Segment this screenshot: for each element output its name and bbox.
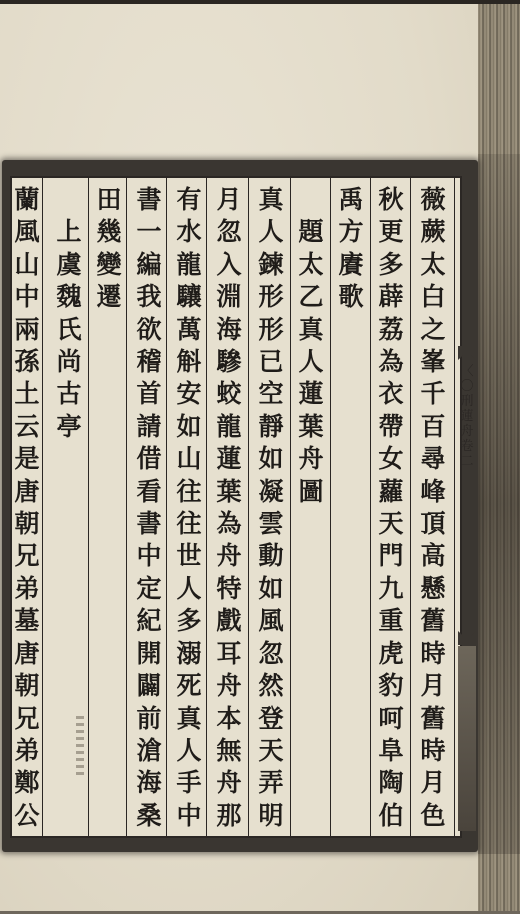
glyph: 孫 <box>14 346 39 378</box>
column-rule <box>370 178 371 836</box>
glyph: 中 <box>136 540 161 572</box>
glyph: 編 <box>136 249 161 281</box>
glyph: 衣 <box>378 378 403 410</box>
glyph: 書 <box>136 508 161 540</box>
glyph: 百 <box>420 411 445 443</box>
glyph: 白 <box>420 281 445 313</box>
glyph: 風 <box>14 216 39 248</box>
glyph: 鄭 <box>14 767 39 799</box>
glyph: 舟 <box>298 443 323 475</box>
glyph: 唐 <box>14 638 39 670</box>
margin-glyph: 二 <box>460 454 473 469</box>
glyph: 圖 <box>298 476 323 508</box>
glyph: 魏 <box>56 281 81 313</box>
column-rule <box>126 178 127 836</box>
glyph: 忽 <box>258 638 283 670</box>
glyph: 時 <box>420 735 445 767</box>
column-rule <box>88 178 89 836</box>
glyph: 紀 <box>136 605 161 637</box>
glyph: 一 <box>136 216 161 248</box>
fish-tail-top-icon <box>458 346 476 360</box>
column-rule <box>330 178 331 836</box>
glyph: 我 <box>136 281 161 313</box>
margin-dark-band <box>458 646 476 831</box>
glyph: 門 <box>378 540 403 572</box>
glyph: 海 <box>136 767 161 799</box>
text-column-3: 禹方賡歌 <box>336 184 366 314</box>
glyph: 溺 <box>176 638 201 670</box>
stacked-page-edges <box>478 4 520 911</box>
column-rule <box>42 178 43 836</box>
glyph: 天 <box>258 735 283 767</box>
text-column-6: 月忽入淵海驂蛟龍蓮葉為舟特戲耳舟本無舟那 <box>214 184 244 832</box>
column-rule <box>410 178 411 836</box>
glyph: 墓 <box>14 605 39 637</box>
text-column-7: 有水龍驤萬斛安如山往往世人多溺死真人手中 <box>174 184 204 832</box>
glyph: 蛟 <box>216 378 241 410</box>
glyph: 真 <box>176 703 201 735</box>
glyph: 山 <box>176 443 201 475</box>
glyph: 戲 <box>216 605 241 637</box>
glyph: 千 <box>420 378 445 410</box>
text-column-9: 田幾變遷 <box>94 184 124 314</box>
glyph: 蘭 <box>14 184 39 216</box>
glyph: 弟 <box>14 573 39 605</box>
glyph: 舟 <box>216 540 241 572</box>
glyph: 弟 <box>14 735 39 767</box>
margin-glyph: 〈 <box>460 364 473 379</box>
glyph: 舟 <box>216 670 241 702</box>
column-rule <box>166 178 167 836</box>
glyph: 呵 <box>378 703 403 735</box>
glyph: 闢 <box>136 670 161 702</box>
glyph: 尋 <box>420 443 445 475</box>
glyph: 本 <box>216 703 241 735</box>
glyph: 驤 <box>176 281 201 313</box>
glyph: 中 <box>176 800 201 832</box>
glyph: 女 <box>378 443 403 475</box>
glyph: 賡 <box>338 249 363 281</box>
glyph: 幾 <box>96 216 121 248</box>
glyph: 凝 <box>258 476 283 508</box>
margin-glyph: 〇 <box>460 379 473 394</box>
glyph: 重 <box>378 605 403 637</box>
glyph: 已 <box>258 346 283 378</box>
glyph: 開 <box>136 638 161 670</box>
glyph: 請 <box>136 411 161 443</box>
glyph: 歌 <box>338 281 363 313</box>
glyph: 桑 <box>136 800 161 832</box>
glyph: 蓮 <box>298 378 323 410</box>
glyph: 荔 <box>378 314 403 346</box>
glyph: 云 <box>14 411 39 443</box>
glyph: 帶 <box>378 411 403 443</box>
glyph: 蘿 <box>378 476 403 508</box>
glyph: 頂 <box>420 508 445 540</box>
glyph: 色 <box>420 800 445 832</box>
glyph: 世 <box>176 540 201 572</box>
glyph: 尚 <box>56 346 81 378</box>
glyph: 海 <box>216 314 241 346</box>
glyph: 禹 <box>338 184 363 216</box>
column-rule <box>248 178 249 836</box>
glyph: 高 <box>420 540 445 572</box>
glyph: 驂 <box>216 346 241 378</box>
glyph: 斛 <box>176 346 201 378</box>
glyph: 九 <box>378 573 403 605</box>
margin-glyph: 舟 <box>460 424 473 439</box>
fish-tail-bottom-icon <box>458 631 476 645</box>
glyph: 萬 <box>176 314 201 346</box>
glyph: 遷 <box>96 281 121 313</box>
glyph: 乙 <box>298 281 323 313</box>
glyph: 月 <box>420 767 445 799</box>
glyph: 首 <box>136 378 161 410</box>
glyph: 登 <box>258 703 283 735</box>
glyph: 前 <box>136 703 161 735</box>
margin-glyph: 卷 <box>460 439 473 454</box>
glyph: 虞 <box>56 249 81 281</box>
glyph: 稽 <box>136 346 161 378</box>
glyph: 定 <box>136 573 161 605</box>
glyph: 無 <box>216 735 241 767</box>
glyph: 土 <box>14 378 39 410</box>
glyph: 朝 <box>14 508 39 540</box>
center-margin-banxin: 〈〇刑蓮舟卷二 <box>456 176 478 838</box>
glyph: 借 <box>136 443 161 475</box>
glyph: 往 <box>176 476 201 508</box>
text-column-10: 上虞魏氏尚古亭 <box>54 184 84 443</box>
glyph: 薇 <box>420 184 445 216</box>
glyph: 上 <box>56 216 81 248</box>
glyph: 葉 <box>216 476 241 508</box>
glyph: 人 <box>298 346 323 378</box>
glyph: 手 <box>176 767 201 799</box>
glyph: 懸 <box>420 573 445 605</box>
glyph: 伯 <box>378 800 403 832</box>
glyph: 死 <box>176 670 201 702</box>
page-edge-shadow <box>478 154 520 854</box>
glyph: 欲 <box>136 314 161 346</box>
text-column-1: 薇蕨太白之峯千百尋峰頂高懸舊時月舊時月色 <box>418 184 448 832</box>
text-column-4: 題太乙真人蓮葉舟圖 <box>296 184 326 508</box>
glyph: 虎 <box>378 638 403 670</box>
glyph: 太 <box>420 249 445 281</box>
glyph: 入 <box>216 249 241 281</box>
glyph: 雲 <box>258 508 283 540</box>
glyph: 蕨 <box>420 216 445 248</box>
text-column-8: 書一編我欲稽首請借看書中定紀開闢前滄海桑 <box>134 184 164 832</box>
glyph: 明 <box>258 800 283 832</box>
glyph: 人 <box>258 216 283 248</box>
glyph: 豹 <box>378 670 403 702</box>
glyph: 兩 <box>14 314 39 346</box>
text-column-2: 秋更多薜荔為衣帶女蘿天門九重虎豹呵阜陶伯 <box>376 184 406 832</box>
glyph: 公 <box>14 800 39 832</box>
glyph: 中 <box>14 281 39 313</box>
column-rule <box>290 178 291 836</box>
glyph: 秋 <box>378 184 403 216</box>
glyph: 之 <box>420 314 445 346</box>
glyph: 蓮 <box>216 443 241 475</box>
glyph: 兄 <box>14 703 39 735</box>
glyph: 鍊 <box>258 249 283 281</box>
glyph: 為 <box>378 346 403 378</box>
glyph: 水 <box>176 216 201 248</box>
margin-glyph: 蓮 <box>460 409 473 424</box>
glyph: 舟 <box>216 767 241 799</box>
text-column-5: 真人鍊形形已空靜如凝雲動如風忽然登天弄明 <box>256 184 286 832</box>
margin-title: 〈〇刑蓮舟卷二 <box>458 364 476 469</box>
glyph: 唐 <box>14 476 39 508</box>
glyph: 峯 <box>420 346 445 378</box>
glyph: 田 <box>96 184 121 216</box>
glyph: 往 <box>176 508 201 540</box>
glyph: 多 <box>378 249 403 281</box>
glyph: 特 <box>216 573 241 605</box>
text-column-11: 蘭風山中兩孫土云是唐朝兄弟墓唐朝兄弟鄭公 <box>12 184 42 832</box>
glyph: 陶 <box>378 767 403 799</box>
margin-glyph: 刑 <box>460 394 473 409</box>
glyph: 空 <box>258 378 283 410</box>
column-rule <box>206 178 207 836</box>
glyph: 薜 <box>378 281 403 313</box>
glyph: 變 <box>96 249 121 281</box>
glyph: 風 <box>258 605 283 637</box>
glyph: 書 <box>136 184 161 216</box>
glyph: 淵 <box>216 281 241 313</box>
glyph: 為 <box>216 508 241 540</box>
glyph: 安 <box>176 378 201 410</box>
column-rule <box>454 178 455 836</box>
glyph: 方 <box>338 216 363 248</box>
glyph: 那 <box>216 800 241 832</box>
glyph: 阜 <box>378 735 403 767</box>
glyph: 古 <box>56 378 81 410</box>
handwritten-annotation <box>76 716 84 776</box>
glyph: 時 <box>420 638 445 670</box>
glyph: 亭 <box>56 411 81 443</box>
glyph: 舊 <box>420 605 445 637</box>
glyph: 人 <box>176 573 201 605</box>
glyph: 朝 <box>14 670 39 702</box>
glyph: 忽 <box>216 216 241 248</box>
glyph: 龍 <box>176 249 201 281</box>
glyph: 有 <box>176 184 201 216</box>
glyph: 月 <box>420 670 445 702</box>
glyph: 人 <box>176 735 201 767</box>
glyph: 如 <box>176 411 201 443</box>
glyph: 看 <box>136 476 161 508</box>
glyph: 靜 <box>258 411 283 443</box>
glyph: 葉 <box>298 411 323 443</box>
glyph: 舊 <box>420 703 445 735</box>
glyph: 滄 <box>136 735 161 767</box>
glyph: 弄 <box>258 767 283 799</box>
glyph: 耳 <box>216 638 241 670</box>
printed-text-block: 薇蕨太白之峯千百尋峰頂高懸舊時月舊時月色 秋更多薜荔為衣帶女蘿天門九重虎豹呵阜陶… <box>10 176 462 838</box>
glyph: 氏 <box>56 314 81 346</box>
glyph: 龍 <box>216 411 241 443</box>
glyph: 形 <box>258 314 283 346</box>
glyph: 如 <box>258 443 283 475</box>
glyph: 真 <box>258 184 283 216</box>
glyph: 真 <box>298 314 323 346</box>
glyph: 是 <box>14 443 39 475</box>
glyph: 月 <box>216 184 241 216</box>
glyph: 山 <box>14 249 39 281</box>
glyph: 然 <box>258 670 283 702</box>
glyph: 兄 <box>14 540 39 572</box>
glyph: 題 <box>298 216 323 248</box>
glyph: 如 <box>258 573 283 605</box>
glyph: 更 <box>378 216 403 248</box>
glyph: 太 <box>298 249 323 281</box>
glyph: 峰 <box>420 476 445 508</box>
glyph: 形 <box>258 281 283 313</box>
glyph: 多 <box>176 605 201 637</box>
glyph: 動 <box>258 540 283 572</box>
glyph: 天 <box>378 508 403 540</box>
